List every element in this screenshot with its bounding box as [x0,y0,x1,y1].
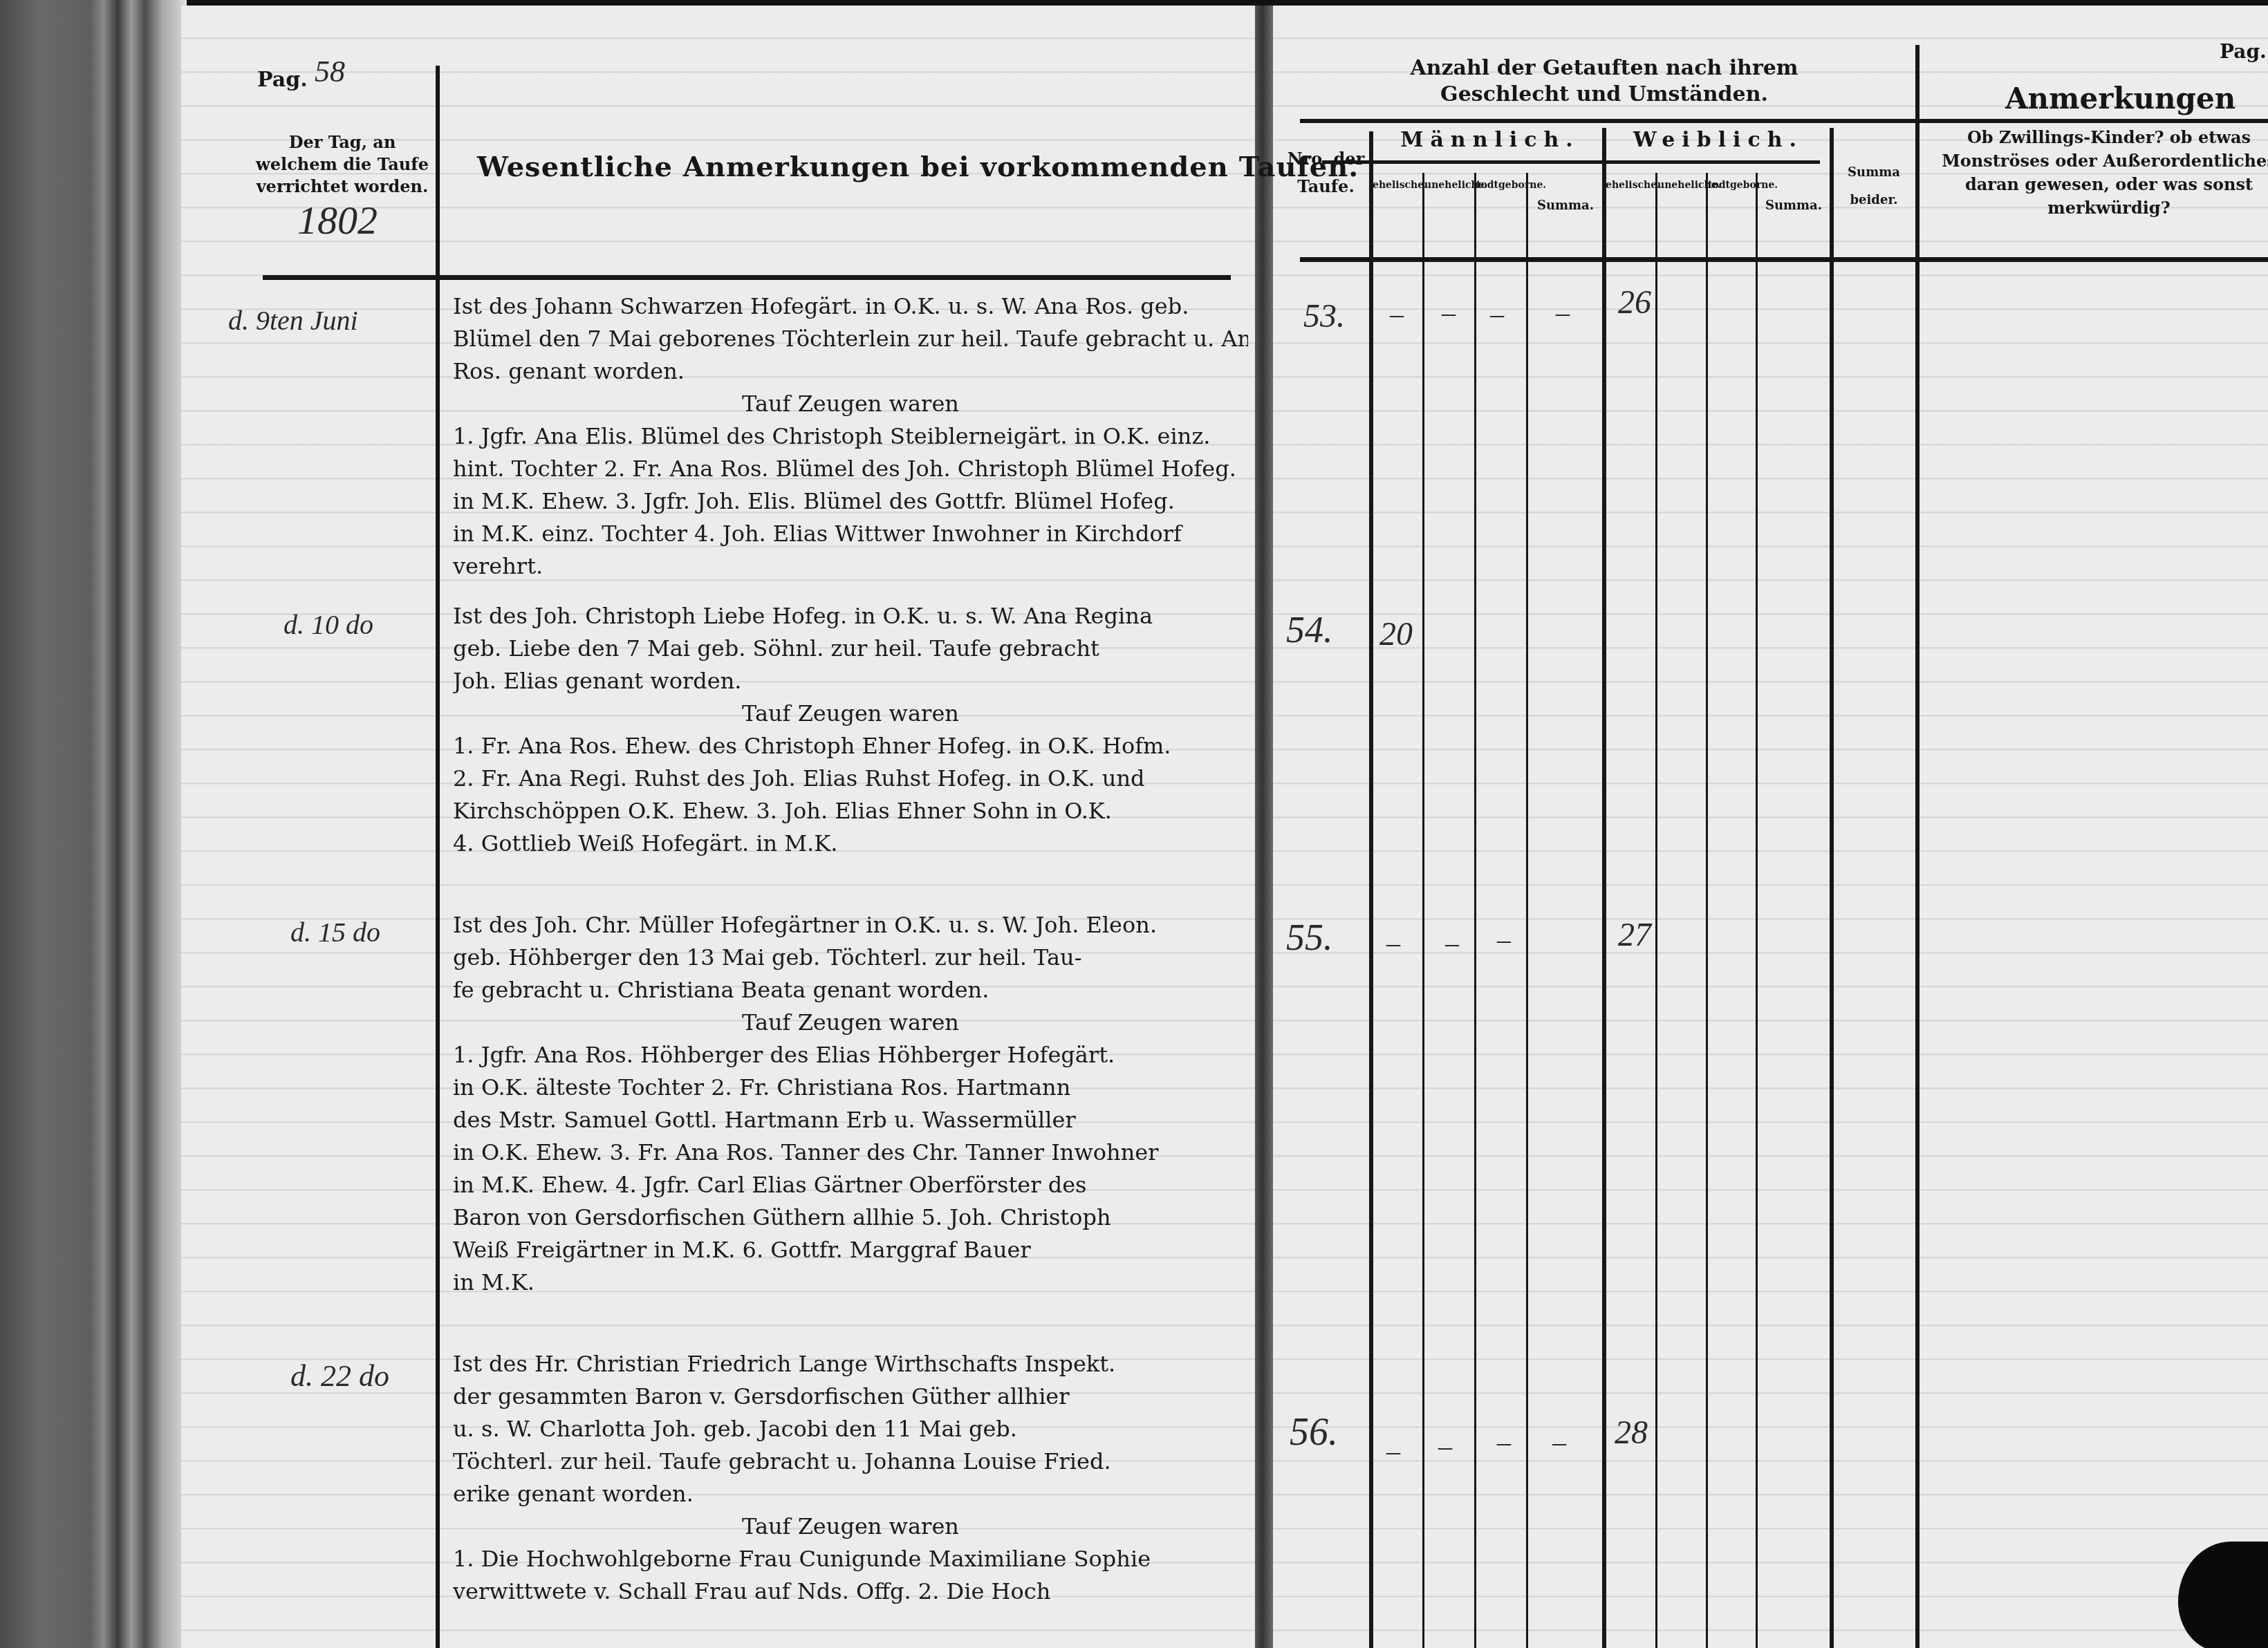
m-summa-cell: – [1556,296,1570,328]
date-column-header: Der Tag, an welchem die Taufe verrichtet… [249,131,436,198]
summa-beider-header: Summa beider. [1834,159,1914,214]
entry-line: fe gebracht u. Christiana Beata genant w… [453,974,1248,1006]
m-ehelich-cell: – [1386,1434,1400,1467]
counts-header-rule [1300,119,2268,123]
entry-text: Ist des Joh. Christoph Liebe Hofeg. in O… [453,600,1248,860]
entry-line: Töchterl. zur heil. Taufe gebracht u. Jo… [453,1445,1248,1478]
witness-line: verehrt. [453,550,1248,583]
weiblich-header: Weiblich. [1611,128,1825,152]
m-ehelich-cell: – [1390,297,1404,330]
entry-nro: 56. [1290,1410,1338,1454]
page-number-left: 58 [315,54,345,89]
nro-divider [1369,131,1373,1648]
witness-line: 1. Jgfr. Ana Ros. Höhberger des Elias Hö… [453,1039,1248,1071]
w-ehelich-cell: 28 [1615,1414,1648,1452]
m-unehelich-cell: – [1442,296,1456,328]
entry-date: d. 9ten Juni [228,304,358,337]
witness-line: 1. Die Hochwohlgeborne Frau Cunigunde Ma… [453,1543,1248,1575]
page-label-right: Pag. [2220,40,2267,63]
m-col-divider-2 [1474,173,1476,1648]
remarks-divider [1915,45,1920,1648]
w-unehelich-header: uneheliche. [1657,176,1706,194]
entry-line: Ist des Joh. Chr. Müller Hofegärtner in … [453,909,1248,942]
gender-subheader-rule [1322,160,1820,164]
page-gutter [1255,6,1273,1648]
w-ehelich-header: ehelische. [1606,176,1655,194]
m-summa-cell: – [1552,1425,1566,1458]
counts-header: Anzahl der Getauften nach ihrem Geschlec… [1355,55,1853,108]
entry-line: Blümel den 7 Mai geborenes Töchterlein z… [453,323,1248,355]
m-ehelich-cell: – [1386,926,1400,959]
date-column-divider [436,66,440,1648]
summa-beider-divider [1830,128,1834,1648]
entry-line: Ist des Johann Schwarzen Hofegärt. in O.… [453,290,1248,323]
entry-line: geb. Höhberger den 13 Mai geb. Töchterl.… [453,942,1248,974]
left-header-rule [263,275,1231,280]
m-unehelich-cell: – [1438,1430,1452,1462]
m-ehelich-header: ehelische. [1373,176,1422,194]
witness-line: 4. Gottlieb Weiß Hofegärt. in M.K. [453,827,1248,860]
maennlich-header: Männlich. [1383,128,1597,152]
remarks-title: Anmerkungen [2005,82,2236,115]
nro-header: Nro. der Taufe. [1286,145,1366,200]
w-col-divider-2 [1706,173,1708,1648]
witness-line: Baron von Gersdorfischen Güthern allhie … [453,1201,1248,1234]
m-summa-header: Summa. [1528,197,1603,215]
entry-line: Joh. Elias genant worden. [453,665,1248,697]
entry-text: Ist des Johann Schwarzen Hofegärt. in O.… [453,290,1248,583]
witness-line: in O.K. Ehew. 3. Fr. Ana Ros. Tanner des… [453,1136,1248,1169]
w-col-divider-1 [1655,173,1657,1648]
witness-line: Kirchschöppen O.K. Ehew. 3. Joh. Elias E… [453,795,1248,827]
gender-divider [1602,128,1606,1648]
w-todtgeborne-header: todtgeborne. [1708,176,1756,194]
witness-heading: Tauf Zeugen waren [453,1510,1248,1543]
witness-line: Weiß Freigärtner in M.K. 6. Gottfr. Marg… [453,1234,1248,1266]
entry-line: u. s. W. Charlotta Joh. geb. Jacobi den … [453,1413,1248,1445]
w-ehelich-cell: 26 [1618,283,1651,321]
witness-line: in M.K. Ehew. 4. Jgfr. Carl Elias Gärtne… [453,1169,1248,1201]
entry-nro: 53. [1303,297,1345,335]
book-binding-edge [0,0,187,1648]
m-todtgeborne-header: todtgeborne. [1476,176,1526,194]
remarks-subtitle: Ob Zwillings-Kinder? ob etwas Monströses… [1929,126,2268,220]
w-ehelich-cell: 27 [1618,916,1651,954]
entry-date: d. 10 do [283,608,373,641]
witness-line: in O.K. älteste Tochter 2. Fr. Christian… [453,1071,1248,1104]
entry-line: Ist des Joh. Christoph Liebe Hofeg. in O… [453,600,1248,633]
w-summa-header: Summa. [1758,197,1830,215]
entry-line: Ist des Hr. Christian Friedrich Lange Wi… [453,1348,1248,1380]
entry-text: Ist des Joh. Chr. Müller Hofegärtner in … [453,909,1248,1299]
witness-line: verwittwete v. Schall Frau auf Nds. Offg… [453,1575,1248,1608]
witness-line: 1. Jgfr. Ana Elis. Blümel des Christoph … [453,420,1248,453]
m-unehelich-header: uneheliche. [1424,176,1474,194]
entry-nro: 54. [1286,608,1333,651]
witness-heading: Tauf Zeugen waren [453,388,1248,420]
m-todt-cell: – [1497,1425,1511,1458]
entry-text: Ist des Hr. Christian Friedrich Lange Wi… [453,1348,1248,1608]
text-column-header: Wesentliche Anmerkungen bei vorkommenden… [477,151,1359,183]
entry-line: der gesammten Baron v. Gersdorfischen Gü… [453,1380,1248,1413]
m-ehelich-cell: 20 [1379,615,1413,653]
m-todt-cell: – [1490,297,1504,330]
page-label-left: Pag. [257,68,308,92]
m-unehelich-cell: – [1445,926,1459,959]
witness-line: in M.K. [453,1266,1248,1299]
witness-heading: Tauf Zeugen waren [453,697,1248,730]
witness-line: in M.K. einz. Tochter 4. Joh. Elias Witt… [453,518,1248,550]
entry-line: geb. Liebe den 7 Mai geb. Söhnl. zur hei… [453,633,1248,665]
m-todt-cell: – [1497,923,1511,955]
entry-nro: 55. [1286,916,1333,959]
m-col-divider-1 [1422,173,1424,1648]
witness-line: hint. Tochter 2. Fr. Ana Ros. Blümel des… [453,453,1248,485]
witness-line: 2. Fr. Ana Regi. Ruhst des Joh. Elias Ru… [453,762,1248,795]
year-written: 1802 [297,197,378,243]
m-col-divider-3 [1526,173,1528,1648]
right-header-rule [1300,257,2268,262]
w-col-divider-3 [1756,173,1758,1648]
entry-line: Ros. genant worden. [453,355,1248,388]
witness-line: in M.K. Ehew. 3. Jgfr. Joh. Elis. Blümel… [453,485,1248,518]
entry-date: d. 15 do [290,916,380,948]
witness-line: des Mstr. Samuel Gottl. Hartmann Erb u. … [453,1104,1248,1136]
witness-heading: Tauf Zeugen waren [453,1006,1248,1039]
entry-date: d. 22 do [290,1358,389,1394]
entry-line: erike genant worden. [453,1478,1248,1510]
witness-line: 1. Fr. Ana Ros. Ehew. des Christoph Ehne… [453,730,1248,762]
